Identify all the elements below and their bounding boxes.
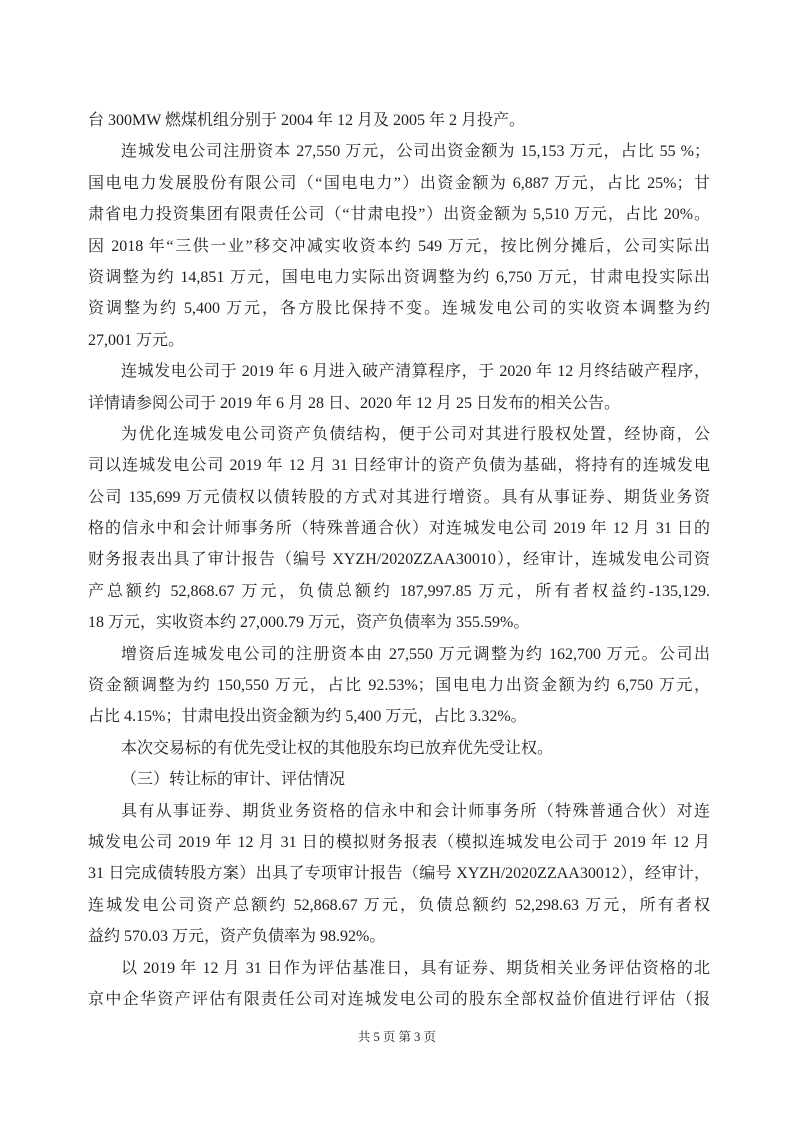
text-line: 连城发电公司注册资本 27,550 万元，公司出资金额为 15,153 万元，占… bbox=[88, 136, 710, 167]
para-units-commissioned: 台 300MW 燃煤机组分别于 2004 年 12 月及 2005 年 2 月投… bbox=[88, 105, 710, 136]
text-line: 本次交易标的有优先受让权的其他股东均已放弃优先受让权。 bbox=[88, 733, 710, 764]
text-line: 益约 570.03 万元，资产负债率为 98.92%。 bbox=[88, 921, 710, 952]
text-line: 因 2018 年“三供一业”移交冲减实收资本约 549 万元，按比例分摊后，公司… bbox=[88, 231, 710, 262]
text-line: 资调整为约 5,400 万元，各方股比保持不变。连城发电公司的实收资本调整为约 bbox=[88, 293, 710, 324]
text-line: 国电电力发展股份有限公司（“国电电力”）出资金额为 6,887 万元，占比 25… bbox=[88, 168, 710, 199]
text-line: 31 日完成债转股方案）出具了专项审计报告（编号 XYZH/2020ZZAA30… bbox=[88, 858, 710, 889]
para-registered-capital: 连城发电公司注册资本 27,550 万元，公司出资金额为 15,153 万元，占… bbox=[88, 136, 710, 356]
text-line: 城发电公司 2019 年 12 月 31 日的模拟财务报表（模拟连城发电公司于 … bbox=[88, 827, 710, 858]
text-line: 连城发电公司资产总额约 52,868.67 万元，负债总额约 52,298.63… bbox=[88, 890, 710, 921]
para-preemptive-rights: 本次交易标的有优先受让权的其他股东均已放弃优先受让权。 bbox=[88, 733, 710, 764]
text-line: 以 2019 年 12 月 31 日作为评估基准日，具有证券、期货相关业务评估资… bbox=[88, 953, 710, 984]
text-line: 资金额调整为约 150,550 万元，占比 92.53%；国电电力出资金额为约 … bbox=[88, 670, 710, 701]
text-line: 京中企华资产评估有限责任公司对连城发电公司的股东全部权益价值进行评估（报 bbox=[88, 984, 710, 1015]
text-line: 公司 135,699 万元债权以债转股的方式对其进行增资。具有从事证券、期货业务… bbox=[88, 482, 710, 513]
text-line: （三）转让标的审计、评估情况 bbox=[88, 764, 710, 795]
text-line: 18 万元，实收资本约 27,000.79 万元，资产负债率为 355.59%。 bbox=[88, 607, 710, 638]
text-line: 台 300MW 燃煤机组分别于 2004 年 12 月及 2005 年 2 月投… bbox=[88, 105, 710, 136]
document-body: 台 300MW 燃煤机组分别于 2004 年 12 月及 2005 年 2 月投… bbox=[88, 105, 710, 1015]
text-line: 肃省电力投资集团有限责任公司（“甘肃电投”）出资金额为 5,510 万元，占比 … bbox=[88, 199, 710, 230]
text-line: 产总额约 52,868.67 万元，负债总额约 187,997.85 万元，所有… bbox=[88, 576, 710, 607]
text-line: 27,001 万元。 bbox=[88, 325, 710, 356]
text-line: 详情请参阅公司于 2019 年 6 月 28 日、2020 年 12 月 25 … bbox=[88, 388, 710, 419]
text-line: 资调整为约 14,851 万元，国电电力实际出资调整为约 6,750 万元，甘肃… bbox=[88, 262, 710, 293]
text-line: 增资后连城发电公司的注册资本由 27,550 万元调整为约 162,700 万元… bbox=[88, 639, 710, 670]
section-heading-audit-valuation: （三）转让标的审计、评估情况 bbox=[88, 764, 710, 795]
para-debt-to-equity: 为优化连城发电公司资产负债结构，便于公司对其进行股权处置，经协商，公司以连城发电… bbox=[88, 419, 710, 639]
text-line: 财务报表出具了审计报告（编号 XYZH/2020ZZAA30010），经审计，连… bbox=[88, 544, 710, 575]
document-page: 台 300MW 燃煤机组分别于 2004 年 12 月及 2005 年 2 月投… bbox=[0, 0, 794, 1123]
para-special-audit-report: 具有从事证券、期货业务资格的信永中和会计师事务所（特殊普通合伙）对连城发电公司 … bbox=[88, 796, 710, 953]
para-valuation-basis: 以 2019 年 12 月 31 日作为评估基准日，具有证券、期货相关业务评估资… bbox=[88, 953, 710, 1016]
text-line: 格的信永中和会计师事务所（特殊普通合伙）对连城发电公司 2019 年 12 月 … bbox=[88, 513, 710, 544]
para-post-capital-increase: 增资后连城发电公司的注册资本由 27,550 万元调整为约 162,700 万元… bbox=[88, 639, 710, 733]
text-line: 占比 4.15%；甘肃电投出资金额为约 5,400 万元，占比 3.32%。 bbox=[88, 701, 710, 732]
text-line: 连城发电公司于 2019 年 6 月进入破产清算程序，于 2020 年 12 月… bbox=[88, 356, 710, 387]
page-footer: 共 5 页 第 3 页 bbox=[0, 1029, 794, 1046]
text-line: 司以连城发电公司 2019 年 12 月 31 日经审计的资产负债为基础，将持有… bbox=[88, 450, 710, 481]
para-bankruptcy-procedure: 连城发电公司于 2019 年 6 月进入破产清算程序，于 2020 年 12 月… bbox=[88, 356, 710, 419]
text-line: 为优化连城发电公司资产负债结构，便于公司对其进行股权处置，经协商，公 bbox=[88, 419, 710, 450]
text-line: 具有从事证券、期货业务资格的信永中和会计师事务所（特殊普通合伙）对连 bbox=[88, 796, 710, 827]
